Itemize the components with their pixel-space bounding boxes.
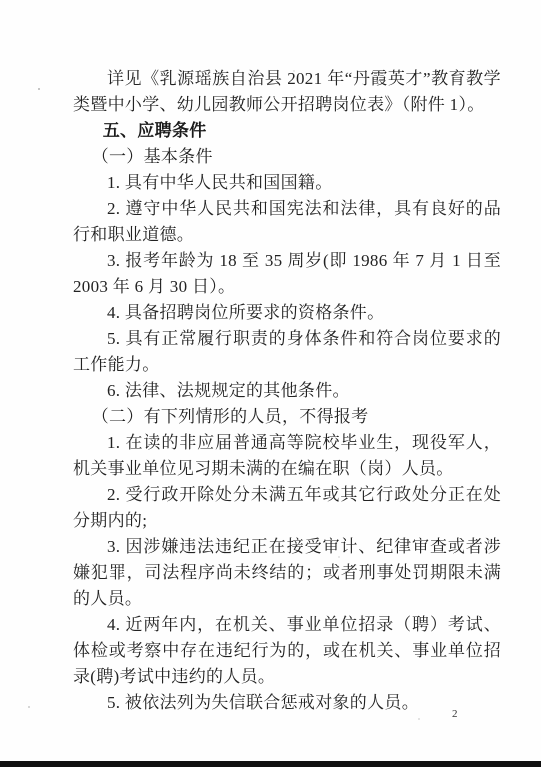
ineligible-item-5: 5. 被依法列为失信联合惩戒对象的人员。	[73, 690, 501, 716]
basic-condition-item-3: 3. 报考年龄为 18 至 35 周岁(即 1986 年 7 月 1 日至 20…	[73, 248, 501, 300]
scan-edge-bar	[0, 761, 541, 767]
page-number: 2	[452, 708, 458, 720]
document-body: 详见《乳源瑶族自治县 2021 年“丹霞英才”教育教学类暨中小学、幼儿园教师公开…	[73, 66, 501, 716]
subheading-basic-conditions: （一）基本条件	[73, 144, 501, 170]
basic-condition-item-4: 4. 具备招聘岗位所要求的资格条件。	[73, 300, 501, 326]
ineligible-item-1: 1. 在读的非应届普通高等院校毕业生，现役军人，机关事业单位见习期未满的在编在职…	[73, 430, 501, 482]
basic-condition-item-5: 5. 具有正常履行职责的身体条件和符合岗位要求的工作能力。	[73, 326, 501, 378]
ineligible-item-3: 3. 因涉嫌违法违纪正在接受审计、纪律审查或者涉嫌犯罪，司法程序尚未终结的；或者…	[73, 534, 501, 612]
intro-paragraph: 详见《乳源瑶族自治县 2021 年“丹霞英才”教育教学类暨中小学、幼儿园教师公开…	[73, 66, 501, 118]
ineligible-item-2: 2. 受行政开除处分未满五年或其它行政处分正在处分期内的;	[73, 482, 501, 534]
section-heading-conditions: 五、应聘条件	[73, 118, 501, 144]
subheading-ineligible-persons: （二）有下列情形的人员，不得报考	[73, 404, 501, 430]
ineligible-item-4: 4. 近两年内，在机关、事业单位招录（聘）考试、体检或考察中存在违纪行为的，或在…	[73, 612, 501, 690]
basic-condition-item-1: 1. 具有中华人民共和国国籍。	[73, 170, 501, 196]
basic-condition-item-6: 6. 法律、法规规定的其他条件。	[73, 378, 501, 404]
document-page: 详见《乳源瑶族自治县 2021 年“丹霞英才”教育教学类暨中小学、幼儿园教师公开…	[0, 0, 541, 767]
basic-condition-item-2: 2. 遵守中华人民共和国宪法和法律，具有良好的品行和职业道德。	[73, 196, 501, 248]
